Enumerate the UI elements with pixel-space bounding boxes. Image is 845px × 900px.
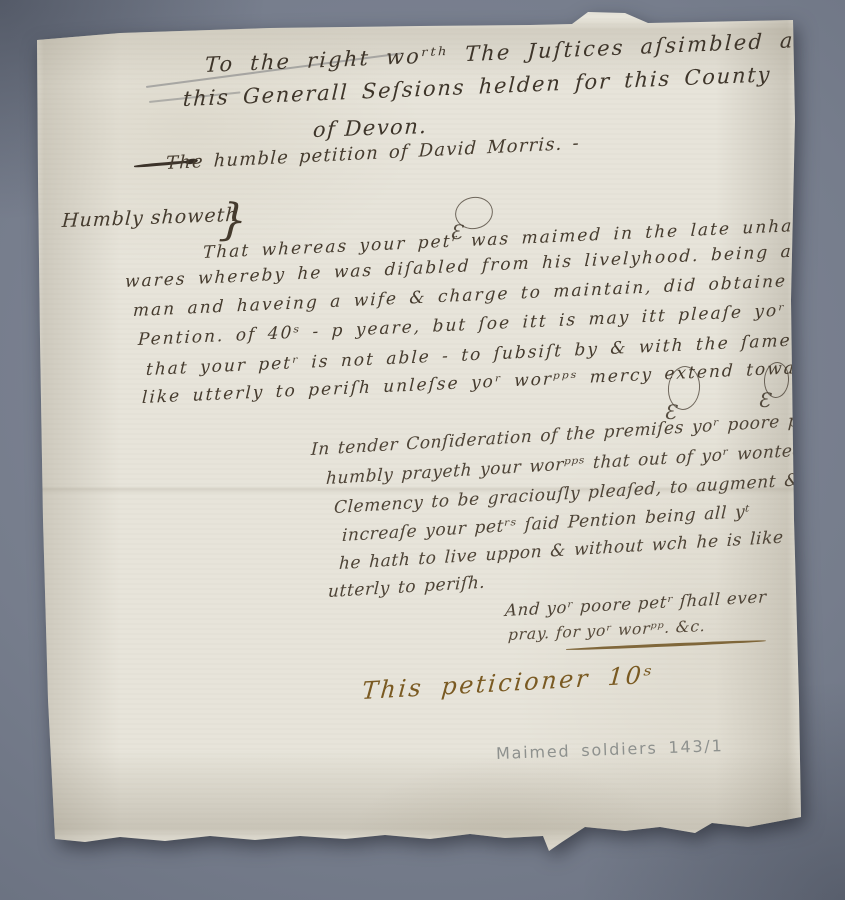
- photo-backdrop: To the right woʳᵗʰ The Juſtices aſsimble…: [0, 0, 845, 900]
- prayer-line-6: utterly to periſh.: [328, 573, 486, 602]
- salutation-line: Humbly showeth: [61, 204, 239, 232]
- closing-underline-flourish: [566, 639, 766, 650]
- closing-line-2: pray. for yoʳ worᵖᵖ. &c.: [507, 617, 706, 644]
- clerk-fee-note: This peticioner 10ˢ: [361, 661, 655, 706]
- paper-shadow-wrap: To the right woʳᵗʰ The Juſtices aſsimble…: [0, 0, 845, 900]
- closing-line-1: And yoʳ poore petʳ ſhall ever: [505, 587, 768, 620]
- manuscript-paper: To the right woʳᵗʰ The Juſtices aſsimble…: [0, 0, 845, 900]
- archival-pencil-note: Maimed soldiers 143/1: [496, 736, 724, 763]
- heading-line-3: of Devon.: [312, 114, 428, 142]
- scribal-flourish-3: Ɛ: [758, 388, 770, 412]
- salutation-brace: }: [218, 194, 249, 246]
